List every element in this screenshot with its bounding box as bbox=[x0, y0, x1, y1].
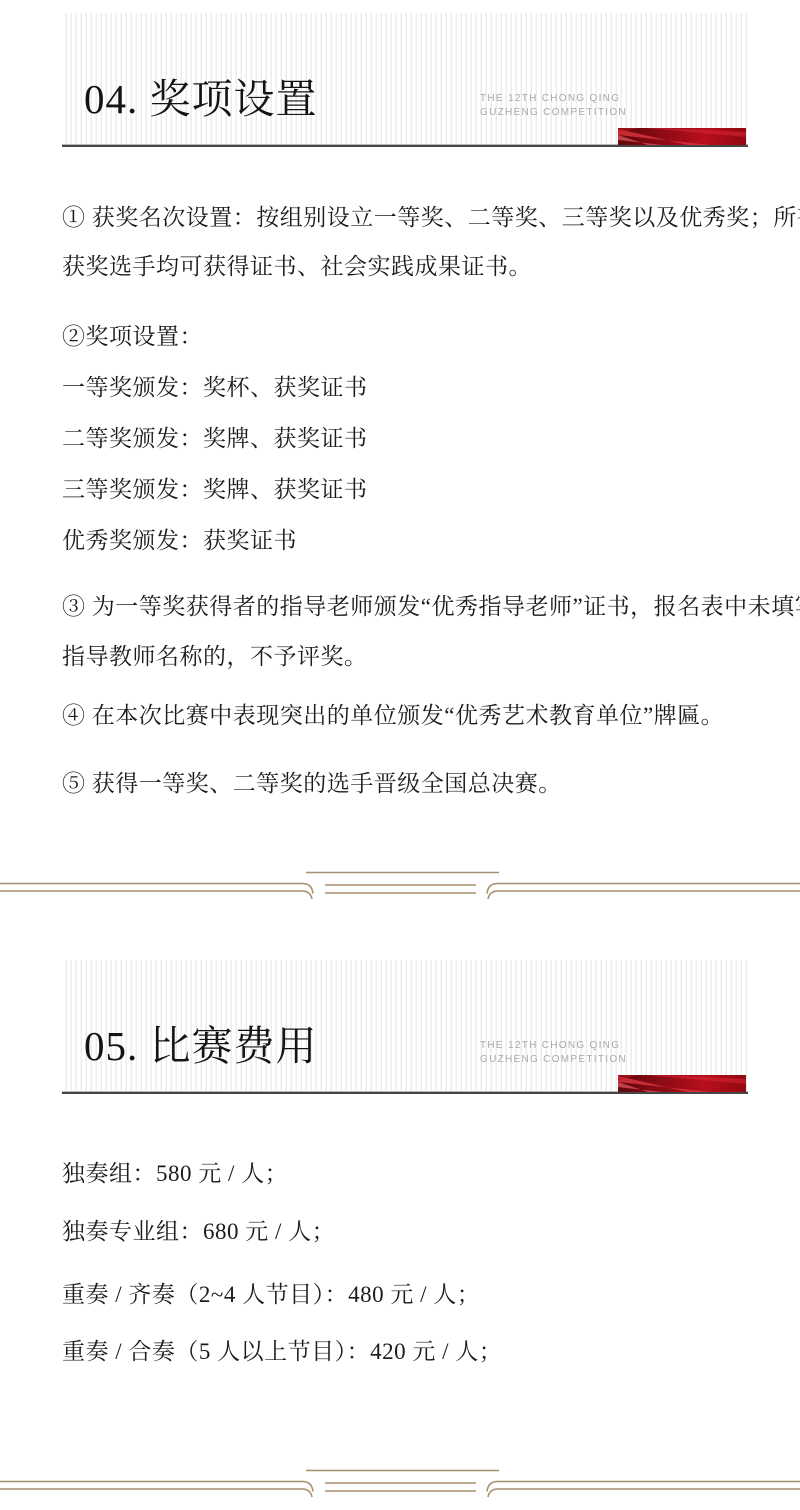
fees-header-band: 05. 比赛费用 THE 12TH CHONG QING GUZHENG COM… bbox=[62, 960, 748, 1094]
competition-watermark: THE 12TH CHONG QING GUZHENG COMPETITION bbox=[480, 1039, 627, 1067]
watermark-line-2: GUZHENG COMPETITION bbox=[480, 106, 627, 120]
body-line: 指导教师名称的，不予评奖。 bbox=[62, 644, 368, 670]
body-line: 优秀奖颁发：获奖证书 bbox=[62, 528, 297, 554]
watermark-line-1: THE 12TH CHONG QING bbox=[480, 92, 627, 106]
fee-line: 独奏专业组：680 元 / 人； bbox=[62, 1219, 335, 1245]
body-line: ②奖项设置： bbox=[62, 324, 203, 350]
competition-watermark: THE 12TH CHONG QING GUZHENG COMPETITION bbox=[480, 92, 627, 120]
red-ribbon-decoration bbox=[618, 1075, 746, 1092]
fee-line: 重奏 / 合奏（5 人以上节目）：420 元 / 人； bbox=[62, 1339, 502, 1365]
ornamental-divider bbox=[0, 862, 800, 906]
fees-section-title: 05. 比赛费用 bbox=[84, 1026, 318, 1067]
red-ribbon-decoration bbox=[618, 128, 746, 145]
watermark-line-2: GUZHENG COMPETITION bbox=[480, 1053, 627, 1067]
body-line: ③ 为一等奖获得者的指导老师颁发“优秀指导老师”证书，报名表中未填写 bbox=[62, 594, 800, 620]
body-line: ① 获奖名次设置：按组别设立一等奖、二等奖、三等奖以及优秀奖；所有 bbox=[62, 205, 800, 231]
body-line: 三等奖颁发：奖牌、获奖证书 bbox=[62, 477, 368, 503]
page: 04. 奖项设置 THE 12TH CHONG QING GUZHENG COM… bbox=[0, 0, 800, 1510]
fee-line: 独奏组：580 元 / 人； bbox=[62, 1161, 288, 1187]
body-line: 获奖选手均可获得证书、社会实践成果证书。 bbox=[62, 254, 532, 280]
fee-line: 重奏 / 齐奏（2~4 人节目）：480 元 / 人； bbox=[62, 1282, 480, 1308]
awards-header-band: 04. 奖项设置 THE 12TH CHONG QING GUZHENG COM… bbox=[62, 13, 748, 147]
body-line: 一等奖颁发：奖杯、获奖证书 bbox=[62, 375, 368, 401]
ornamental-divider bbox=[0, 1460, 800, 1504]
watermark-line-1: THE 12TH CHONG QING bbox=[480, 1039, 627, 1053]
body-line: ④ 在本次比赛中表现突出的单位颁发“优秀艺术教育单位”牌匾。 bbox=[62, 703, 724, 729]
body-line: ⑤ 获得一等奖、二等奖的选手晋级全国总决赛。 bbox=[62, 771, 562, 797]
body-line: 二等奖颁发：奖牌、获奖证书 bbox=[62, 426, 368, 452]
awards-section-title: 04. 奖项设置 bbox=[84, 79, 318, 120]
